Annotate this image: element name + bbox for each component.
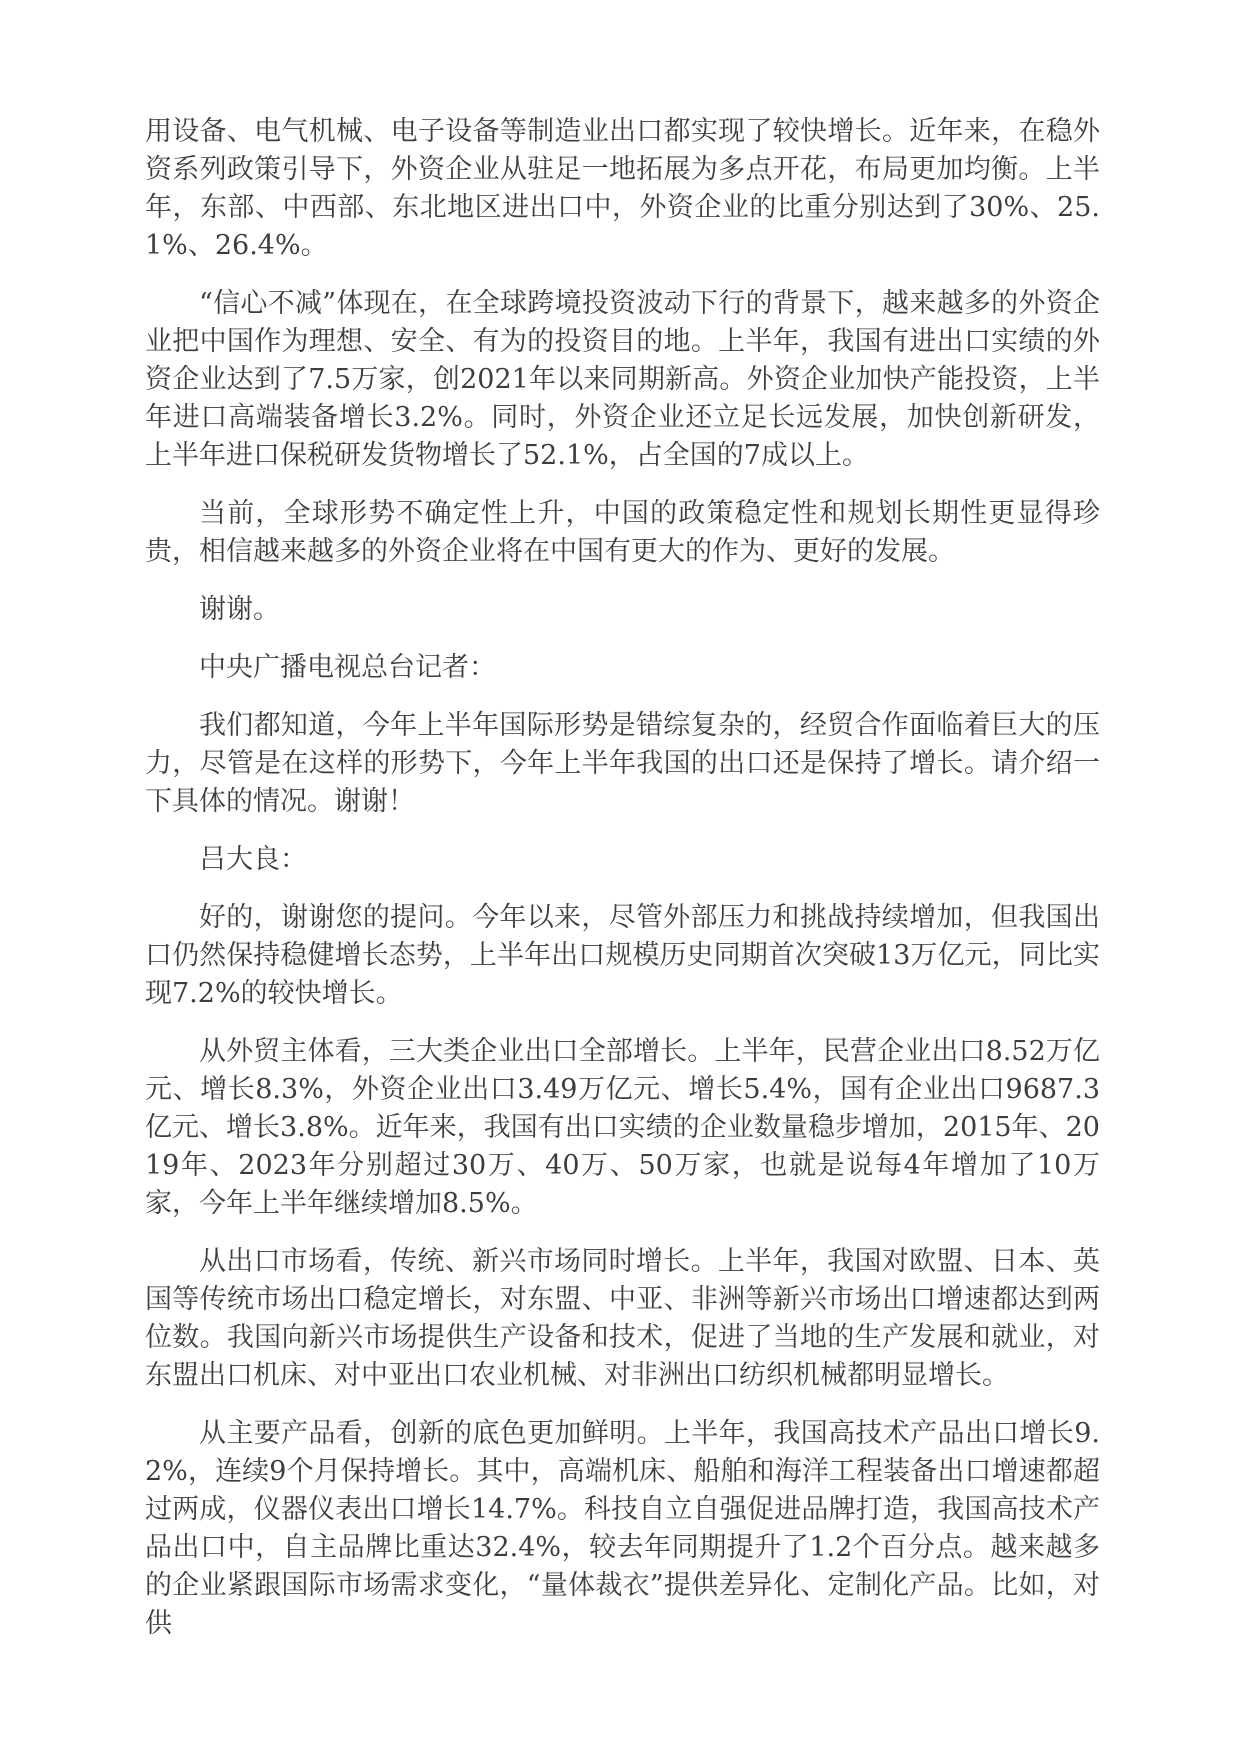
paragraph: 我们都知道，今年上半年国际形势是错综复杂的，经贸合作面临着巨大的压力，尽管是在这… <box>145 707 1100 821</box>
paragraph: 从主要产品看，创新的底色更加鲜明。上半年，我国高技术产品出口增长9.2%，连续9… <box>145 1415 1100 1643</box>
speaker-heading: 吕大良： <box>145 841 1100 879</box>
paragraph: 用设备、电气机械、电子设备等制造业出口都实现了较快增长。近年来，在稳外资系列政策… <box>145 113 1100 265</box>
paragraph: 从外贸主体看，三大类企业出口全部增长。上半年，民营企业出口8.52万亿元、增长8… <box>145 1033 1100 1223</box>
paragraph: 谢谢。 <box>145 591 1100 629</box>
paragraph: 当前，全球形势不确定性上升，中国的政策稳定性和规划长期性更显得珍贵，相信越来越多… <box>145 495 1100 571</box>
paragraph: 从出口市场看，传统、新兴市场同时增长。上半年，我国对欧盟、日本、英国等传统市场出… <box>145 1243 1100 1395</box>
speaker-heading: 中央广播电视总台记者： <box>145 649 1100 687</box>
document-page: 用设备、电气机械、电子设备等制造业出口都实现了较快增长。近年来，在稳外资系列政策… <box>0 0 1240 1754</box>
paragraph: “信心不减”体现在，在全球跨境投资波动下行的背景下，越来越多的外资企业把中国作为… <box>145 285 1100 475</box>
paragraph: 好的，谢谢您的提问。今年以来，尽管外部压力和挑战持续增加，但我国出口仍然保持稳健… <box>145 899 1100 1013</box>
